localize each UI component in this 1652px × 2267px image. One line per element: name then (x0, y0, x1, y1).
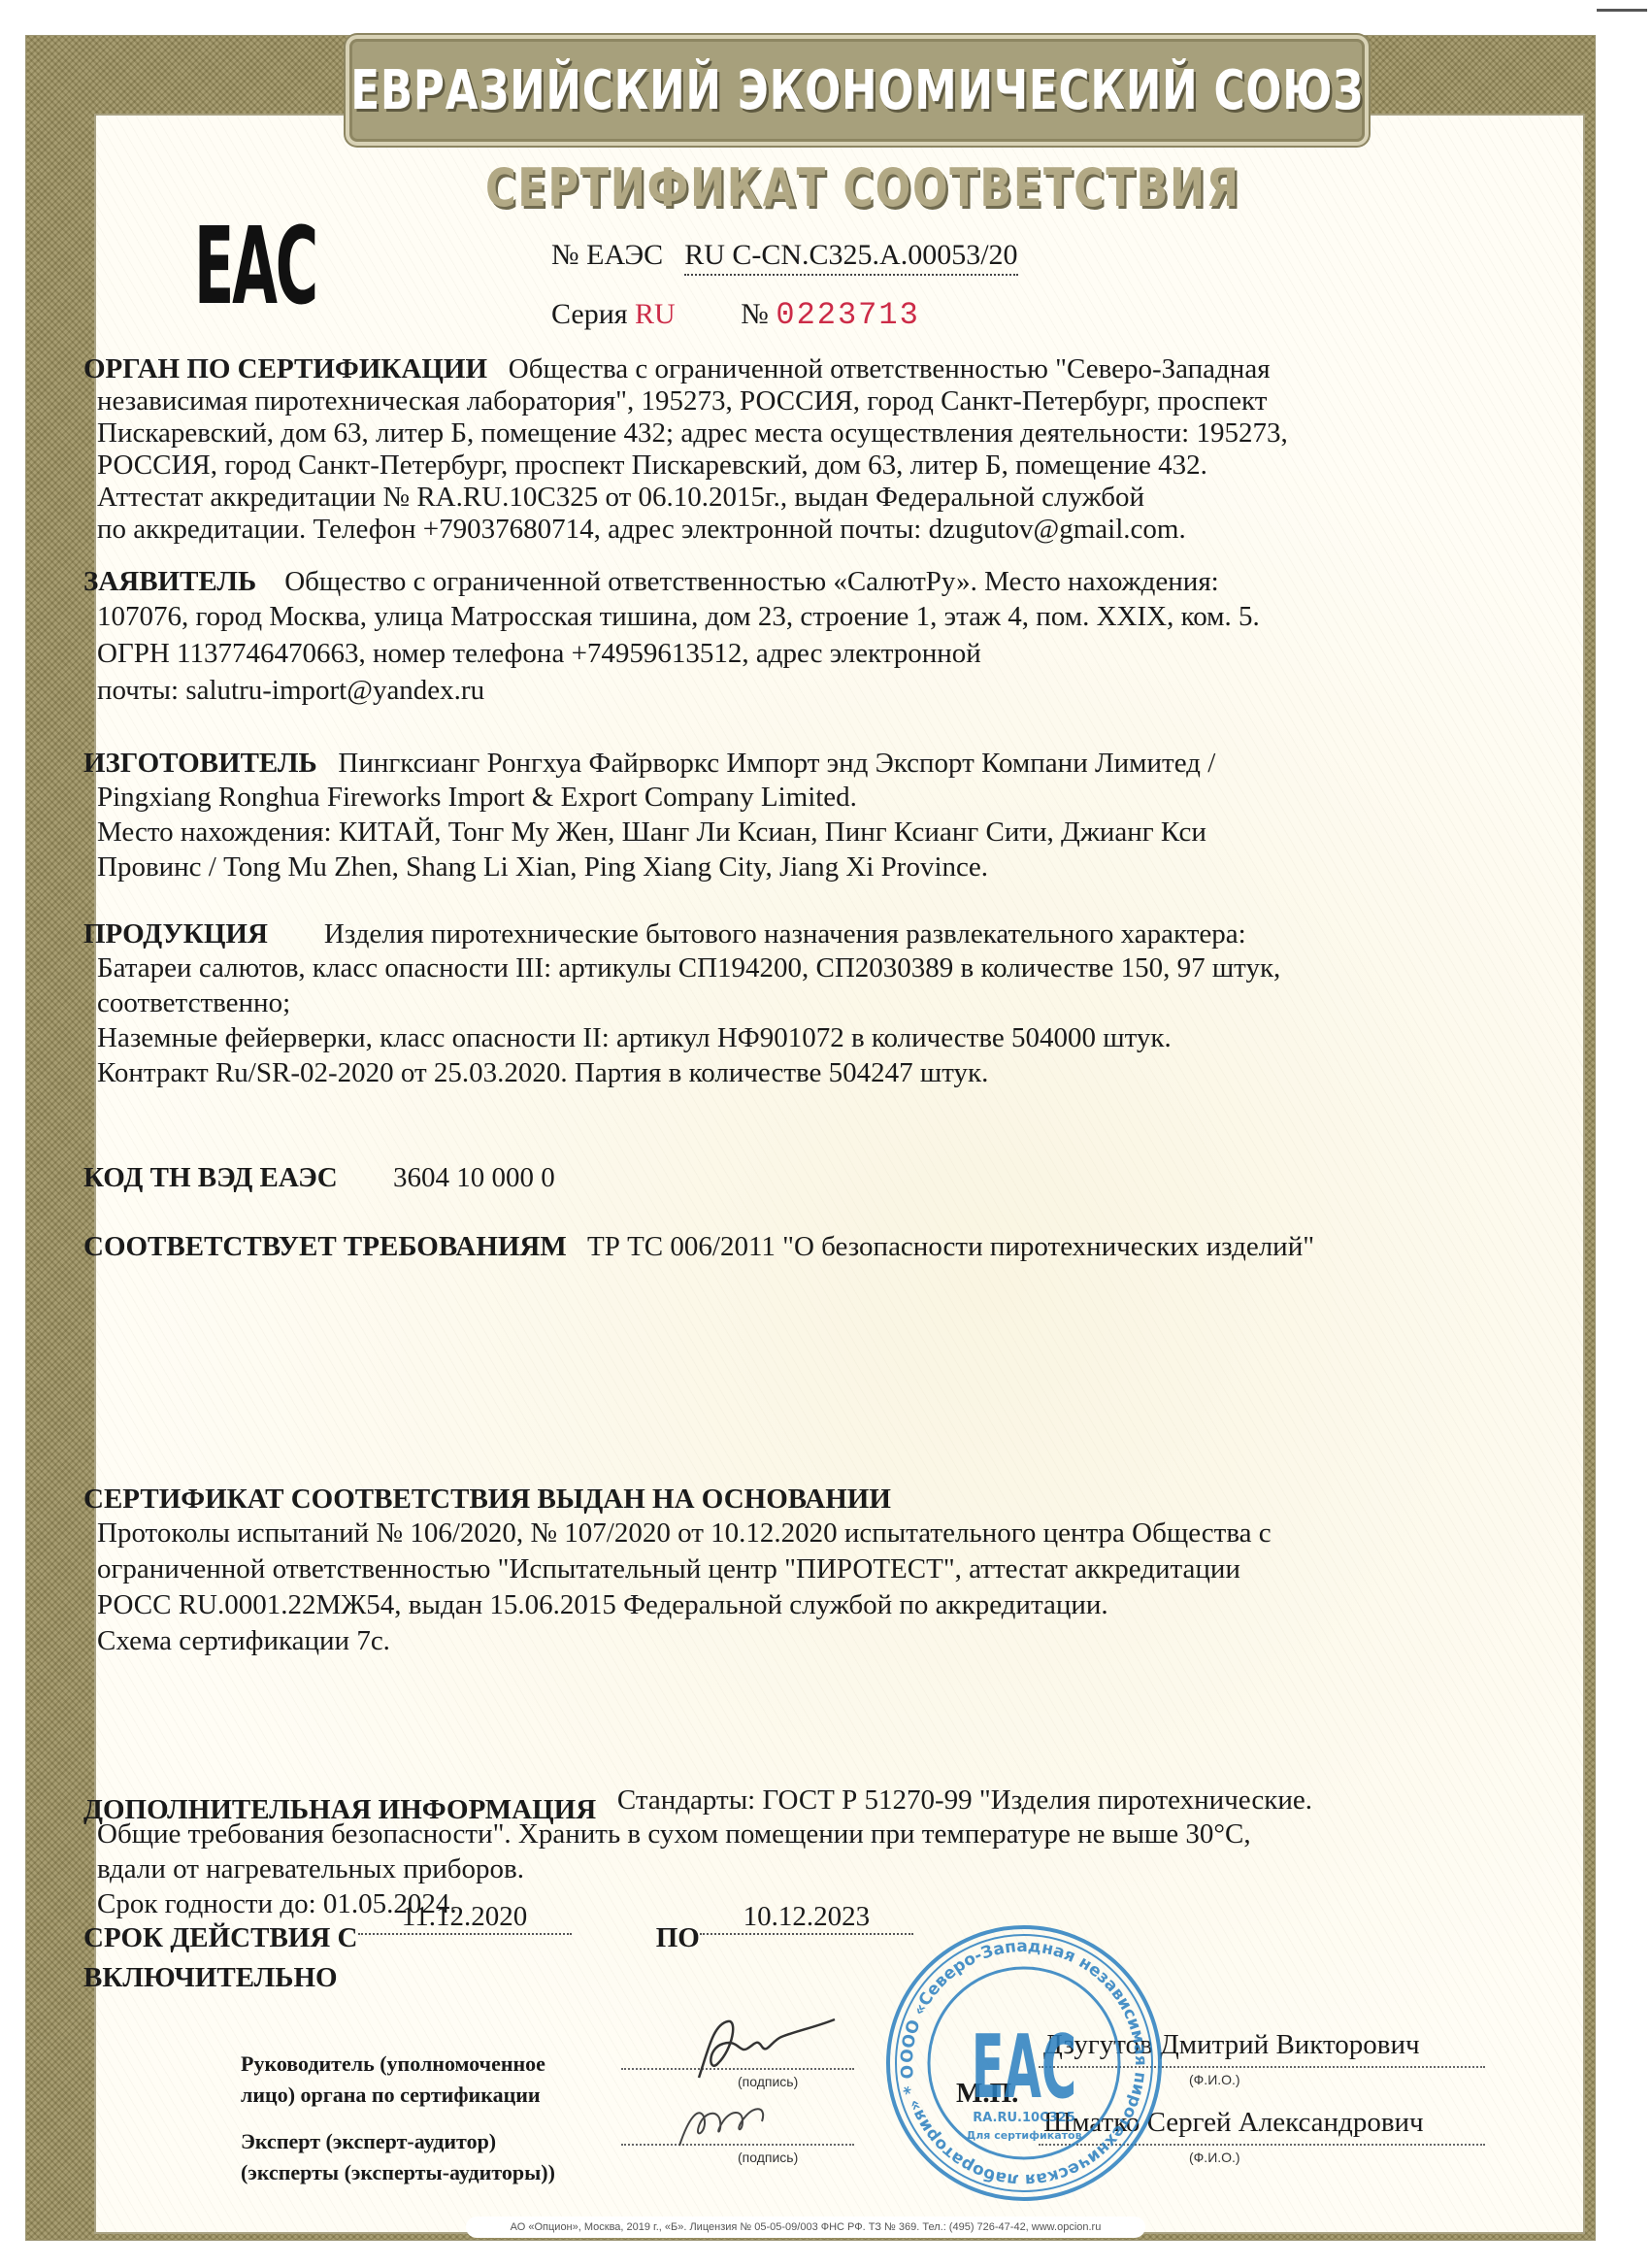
expert-role-line: (эксперты (эксперты-аудиторы)) (241, 2157, 555, 2188)
union-banner: ЕВРАЗИЙСКИЙ ЭКОНОМИЧЕСКИЙ СОЮЗ (349, 39, 1365, 142)
expert-name-caption: (Ф.И.О.) (1189, 2150, 1240, 2165)
certification-body-line: по аккредитации. Телефон +79037680714, а… (83, 514, 1520, 546)
eac-mark-icon: EAC (194, 204, 316, 328)
applicant-line: Общество с ограниченной ответственностью… (284, 566, 1219, 597)
blank-number: 0223713 (776, 297, 919, 333)
manufacturer-line: Пингксианг Ронгхуа Файрворкс Импорт энд … (338, 748, 1215, 779)
section-certification-body: ОРГАН ПО СЕРТИФИКАЦИИ Общества с огранич… (83, 353, 1520, 546)
product-line: Изделия пиротехнические бытового назначе… (324, 918, 1246, 950)
applicant-line: ОГРН 1137746470663, номер телефона +7495… (83, 635, 1520, 672)
manufacturer-label: ИЗГОТОВИТЕЛЬ (83, 748, 317, 779)
printer-footer: АО «Опцион», Москва, 2019 г., «Б». Лицен… (466, 2217, 1145, 2238)
manufacturer-line: Место нахождения: КИТАЙ, Тонг Му Жен, Ша… (83, 815, 1520, 850)
validity-from-label: СРОК ДЕЙСТВИЯ С (83, 1922, 358, 1953)
head-signature-icon (679, 2010, 844, 2087)
applicant-line: почты: salutru-import@yandex.ru (83, 672, 1520, 709)
product-label: ПРОДУКЦИЯ (83, 918, 268, 950)
validity-inclusive-label: ВКЛЮЧИТЕЛЬНО (83, 1962, 913, 1994)
product-line: Контракт Ru/SR-02-2020 от 25.03.2020. Па… (83, 1055, 1539, 1090)
stamp-accreditation: RA.RU.10C325 (973, 2111, 1075, 2125)
basis-label: СЕРТИФИКАТ СООТВЕТСТВИЯ ВЫДАН НА ОСНОВАН… (83, 1484, 891, 1515)
conformity-value: ТР ТС 006/2011 "О безопасности пиротехни… (587, 1231, 1314, 1262)
head-role-label: Руководитель (уполномоченное лицо) орган… (241, 2049, 545, 2111)
head-role-line: лицо) органа по сертификации (241, 2080, 545, 2111)
basis-line: ограниченной ответственностью "Испытател… (83, 1551, 1539, 1587)
basis-line: Схема сертификации 7с. (83, 1623, 1539, 1659)
certification-stamp-icon: ООО «Северо-Западная независимая пиротех… (878, 1917, 1170, 2209)
additional-info-line: Стандарты: ГОСТ Р 51270-99 "Изделия пиро… (617, 1784, 1312, 1816)
certification-body-line: РОССИЯ, город Санкт-Петербург, проспект … (83, 450, 1520, 482)
validity-to-label: ПО (656, 1922, 700, 1953)
product-line: соответственно; (83, 985, 1539, 1020)
union-title: ЕВРАЗИЙСКИЙ ЭКОНОМИЧЕСКИЙ СОЮЗ (350, 59, 1364, 122)
series-label: Серия (551, 298, 628, 330)
stamp-bottom-text: Для сертификатов (966, 2129, 1081, 2142)
applicant-line: 107076, город Москва, улица Матросская т… (83, 598, 1520, 635)
certification-body-line: независимая пиротехническая лаборатория"… (83, 385, 1520, 417)
manufacturer-line: Провинс / Tong Mu Zhen, Shang Li Xian, P… (83, 850, 1520, 884)
validity-period: СРОК ДЕЙСТВИЯ С11.12.2020 ПО10.12.2023 В… (83, 1922, 913, 1994)
certification-body-line: Аттестат аккредитации № RA.RU.10С325 от … (83, 482, 1520, 514)
reg-number: RU C-CN.C325.A.00053/20 (684, 239, 1017, 276)
applicant-label: ЗАЯВИТЕЛЬ (83, 566, 256, 597)
head-role-line: Руководитель (уполномоченное (241, 2049, 545, 2080)
manufacturer-line: Pingxiang Ronghua Fireworks Import & Exp… (83, 780, 1520, 815)
expert-role-line: Эксперт (эксперт-аудитор) (241, 2126, 555, 2157)
certification-body-line: Пискаревский, дом 63, литер Б, помещение… (83, 417, 1520, 450)
scan-artifact (1597, 9, 1647, 12)
section-hs-code: КОД ТН ВЭД ЕАЭС 3604 10 000 0 (83, 1162, 555, 1194)
section-product: ПРОДУКЦИЯ Изделия пиротехнические бытово… (83, 918, 1539, 1090)
section-basis: СЕРТИФИКАТ СООТВЕТСТВИЯ ВЫДАН НА ОСНОВАН… (83, 1484, 1539, 1659)
certification-body-label: ОРГАН ПО СЕРТИФИКАЦИИ (83, 353, 487, 384)
hs-code-value: 3604 10 000 0 (393, 1162, 555, 1193)
reg-label: № ЕАЭС (551, 239, 663, 271)
expert-role-label: Эксперт (эксперт-аудитор) (эксперты (экс… (241, 2126, 555, 2188)
certification-body-line: Общества с ограниченной ответственностью… (509, 353, 1271, 384)
section-applicant: ЗАЯВИТЕЛЬ Общество с ограниченной ответс… (83, 566, 1520, 709)
registration-number: № ЕАЭСRU C-CN.C325.A.00053/20 (551, 239, 1018, 276)
hs-code-label: КОД ТН ВЭД ЕАЭС (83, 1162, 338, 1193)
expert-signature-icon (670, 2097, 776, 2155)
document-title: СЕРТИФИКАТ СООТВЕТСТВИЯ (485, 157, 1107, 218)
validity-date-from: 11.12.2020 (358, 1901, 572, 1935)
conformity-label: СООТВЕТСТВУЕТ ТРЕБОВАНИЯМ (83, 1231, 567, 1262)
stamp-eac-mark: EAC (972, 2017, 1076, 2118)
additional-info-label: ДОПОЛНИТЕЛЬНАЯ ИНФОРМАЦИЯ (83, 1794, 596, 1825)
blank-no-label: № (741, 298, 769, 330)
product-line: Наземные фейерверки, класс опасности II:… (83, 1020, 1539, 1055)
series-line: Серия RU № 0223713 (551, 297, 920, 333)
basis-line: Протоколы испытаний № 106/2020, № 107/20… (83, 1516, 1539, 1551)
section-conformity: СООТВЕТСТВУЕТ ТРЕБОВАНИЯМ ТР ТС 006/2011… (83, 1231, 1314, 1263)
head-name-caption: (Ф.И.О.) (1189, 2072, 1240, 2087)
basis-line: РОСС RU.0001.22МЖ54, выдан 15.06.2015 Фе… (83, 1587, 1539, 1623)
series-value: RU (635, 298, 676, 330)
section-manufacturer: ИЗГОТОВИТЕЛЬ Пингксианг Ронгхуа Файрворк… (83, 748, 1520, 884)
additional-info-line: вдали от нагревательных приборов. (83, 1851, 1539, 1886)
product-line: Батареи салютов, класс опасности III: ар… (83, 950, 1539, 985)
